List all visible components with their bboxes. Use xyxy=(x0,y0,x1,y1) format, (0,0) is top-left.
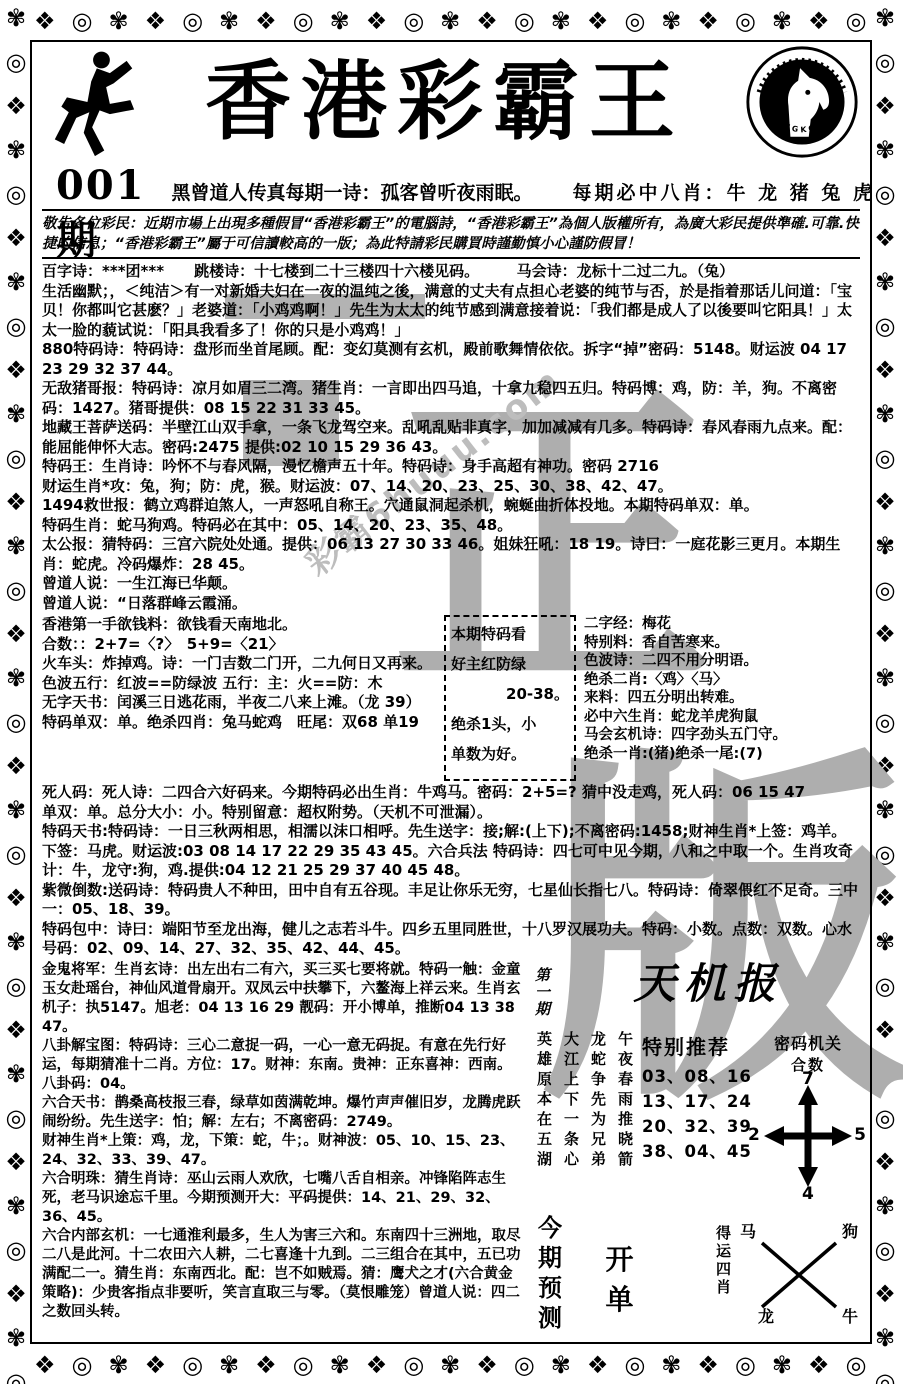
special-code-dashed-box: 本期特码看 好主红防绿 20-38。 绝杀1头，小 单数为好。 xyxy=(444,615,576,781)
forecast-row: 今期 预测 开单 得运四肖 马 xyxy=(526,1213,860,1333)
issue-poem: 黑曾道人传真每期一诗：孤客曾听夜雨眠。 xyxy=(172,178,533,205)
body-line: 880特码诗：特码诗：盘形而坐首尾顾。配：变幻莫测有玄机，殿前歌舞情依依。拆字“… xyxy=(42,340,860,379)
body-line: 二字经：梅花 xyxy=(584,615,860,634)
recommendation-row: 20、32、39 xyxy=(642,1114,754,1139)
x-top-left: 马 xyxy=(740,1219,756,1242)
cross-diagram: 7 2 5 4 xyxy=(756,1077,860,1195)
border-ornaments-bottom: ❖◎✾❖◎✾❖◎✾❖◎✾❖◎✾❖◎✾❖◎✾❖◎✾❖◎✾❖◎✾❖◎✾❖◎✾ xyxy=(34,1348,878,1384)
lottery-sheet-page: ❖◎✾❖◎✾❖◎✾❖◎✾❖◎✾❖◎✾❖◎✾❖◎✾❖◎✾❖◎✾❖◎✾❖◎✾ ❖◎✾… xyxy=(0,0,903,1388)
divider xyxy=(42,257,860,259)
body-line: 六合内部玄机：一七通淮利最多，生人为害三六和。东南四十三洲地，取尽二八是此河。十… xyxy=(42,1227,522,1322)
page-title: 香港彩霸王 xyxy=(146,59,744,145)
body-line: 特码包中：诗曰：端阳节至龙出海，健儿之志若斗牛。四乡五里同胜世，十八罗汉展功夫。… xyxy=(42,920,860,959)
box-line: 本期特码看 xyxy=(451,623,569,644)
bottom-zone: 金鬼将军：生肖玄诗：出左出右二有六，买三买七要将就。特码一触：金童玉女赴瑶台，神… xyxy=(42,961,860,1333)
body-line: 曾道人说：一生江海已华颠。 xyxy=(42,574,860,594)
divider xyxy=(42,209,860,211)
poem-column: 龙蛇争先为兄弟 xyxy=(582,1031,609,1199)
x-diagram: 马 狗 龙 牛 xyxy=(736,1223,860,1323)
body-section-2: 死人码：死人诗：二四合六好码来。今期特码必出生肖：牛鸡马。密码：2+5=? 猜中… xyxy=(42,783,860,959)
x-bottom-left: 龙 xyxy=(758,1304,774,1327)
body-line: 1494救世报：鹤立鸡群迫煞人，一声怒吼自称王。穴通鼠洞起杀机，蜿蜒曲折体投地。… xyxy=(42,496,860,516)
body-line: 色波诗：二四不用分明语。 xyxy=(584,652,860,671)
body-line: 财神生肖*上策：鸡，龙，下策：蛇，牛；。财神波：05、10、15、23、24、3… xyxy=(42,1132,522,1170)
body-line: 特码王：生肖诗：吟怀不与春风隔，漫忆檐声五十年。特码诗：身手高超有神功。密码 2… xyxy=(42,457,860,477)
body-line: 合数：：2+7=〈?〉 5+9=〈21〉 xyxy=(42,635,432,655)
issue-row: 001期 黑曾道人传真每期一诗：孤客曾听夜雨眠。 每期必中八肖：牛 龙 猪 兔 … xyxy=(42,162,860,206)
forecast-line2: 预测 xyxy=(538,1273,583,1333)
body-line: 八卦解宝图：特码诗：三心二意捉一码，一心一意无码捉。有意在先行好运，每期猜准十二… xyxy=(42,1037,522,1094)
body-line: 金鬼将军：生肖玄诗：出左出右二有六，买三买七要将就。特码一触：金童玉女赴瑶台，神… xyxy=(42,961,522,1037)
border-ornaments-left: ✾◎❖✾◎❖✾◎❖✾◎❖✾◎❖✾◎❖✾◎❖✾◎❖✾◎❖✾◎❖✾◎❖✾◎❖✾◎❖✾… xyxy=(1,4,33,1384)
forecast-label: 今期 预测 xyxy=(538,1213,583,1333)
body-line: 绝杀二肖:〈鸡〉〈马〉 xyxy=(584,671,860,690)
body-line: 生活幽默；，＜纯洁＞有一对新婚夫妇在一夜的温纯之後，满意的丈夫有点担心老婆的纯节… xyxy=(42,282,860,341)
lucky-four-zodiac: 得运四肖 马 狗 龙 牛 xyxy=(713,1223,860,1323)
anti-counterfeit-notice: 敬告各位彩民：近期市場上出現多種假冒“香港彩霸王”的電腦詩，“香港彩霸王”為個人… xyxy=(42,214,860,254)
x-top-right: 狗 xyxy=(842,1219,858,1242)
poem-column: 午夜春雨推晓箭 xyxy=(609,1031,636,1199)
body-line: 马会玄机诗：四字劲头五门守。 xyxy=(584,726,860,745)
body-line: 无敌猪哥报：特码诗：凉月如眉三二湾。猪生肖：一言即出四马追，十拿九稳四五归。特码… xyxy=(42,379,860,418)
body-line: 百字诗：***团*** 跳楼诗：十七楼到二十三楼四十六楼见码。 马会诗：龙标十二… xyxy=(42,262,860,282)
box-line: 20-38。 xyxy=(451,683,569,704)
body-line: 特码单双：单。绝杀四肖：兔马蛇鸡 旺尾：双68 单19 xyxy=(42,713,432,733)
horse-logo-icon: HONGKONG xyxy=(744,44,860,160)
body-line: 火车头：炸掉鸡。诗：一门吉数二门开，二九何日又再来。 xyxy=(42,654,432,674)
special-recommendation: 特别推荐 03、08、16 13、17、24 20、32、39 38、04、45 xyxy=(642,1031,754,1199)
eight-zodiac-line: 每期必中八肖：牛 龙 猪 兔 虎 羊 猴 鼠 xyxy=(573,178,872,205)
cross-right-value: 5 xyxy=(854,1125,866,1145)
tianji-header: 第一期 天机报 xyxy=(526,961,860,1027)
bottom-left-column: 金鬼将军：生肖玄诗：出左出右二有六，买三买七要将就。特码一触：金童玉女赴瑶台，神… xyxy=(42,961,526,1333)
body-line: 地藏王菩萨送码：半壁江山双手拿，一条飞龙驾空来。乱吼乱贴非真字，加加减减有几多。… xyxy=(42,418,860,457)
body-line: 色波五行：红波==防绿波 五行：主：火==防：木 xyxy=(42,674,432,694)
recommendation-row: 13、17、24 xyxy=(642,1089,754,1114)
forecast-line1: 今期 xyxy=(538,1213,583,1273)
password-title: 密码机关 xyxy=(756,1031,860,1054)
body-section-1: 百字诗：***团*** 跳楼诗：十七楼到二十三楼四十六楼见码。 马会诗：龙标十二… xyxy=(42,262,860,613)
box-line: 好主红防绿 xyxy=(451,653,569,674)
body-line: 绝杀一肖:(猪)绝杀一尾:(7) xyxy=(584,745,860,764)
body-line: 无字天书：闰溪三日逃花雨，半夜二八来上滩。（龙 39） xyxy=(42,693,432,713)
kungfu-figure-icon xyxy=(42,46,146,158)
lucky-label: 得运四肖 xyxy=(713,1225,734,1321)
body-line: 财运生肖*攻：兔，狗；防：虎，猴。财运波：07、14、20、23、25、30、3… xyxy=(42,477,860,497)
body-line: 太公报：猜特码：三宫六院处处通。提供：06 13 27 30 33 46。姐妹狂… xyxy=(42,535,860,574)
poem-column: 英雄原本在五湖 xyxy=(528,1031,555,1199)
body-line: 六合天书：鹊桑高枝报三春，绿草如茵满乾坤。爆竹声声催旧岁，龙腾虎跃闹纷纷。先生送… xyxy=(42,1094,522,1132)
body-line: 必中六生肖：蛇龙羊虎狗鼠 xyxy=(584,708,860,727)
body-line: 六合明珠：猜生肖诗：巫山云雨人欢欣，七嘴八舌自相亲。冲锋陷阵志生死，老马识途忘千… xyxy=(42,1170,522,1227)
body-line: 曾道人说：“日落群峰云霞涌。 xyxy=(42,594,860,614)
tianji-issue-label: 第一期 xyxy=(532,967,553,1027)
tianji-title: 天机报 xyxy=(557,961,860,1007)
x-bottom-right: 牛 xyxy=(842,1304,858,1327)
cross-bottom-value: 4 xyxy=(802,1184,814,1204)
middle-left-column: 香港第一手欲钱料：欲钱看天南地北。 合数：：2+7=〈?〉 5+9=〈21〉 火… xyxy=(42,615,436,781)
body-line: 单双：单。总分大小：小。特别留意：超权附势。（天机不可泄漏）。 xyxy=(42,803,860,823)
tianji-report: 第一期 天机报 英雄原本在五湖 大江上下一条心 龙蛇争先为兄弟 午夜春雨推晓箭 … xyxy=(526,961,860,1333)
body-line: 来料：四五分明出转难。 xyxy=(584,689,860,708)
tianji-columns: 英雄原本在五湖 大江上下一条心 龙蛇争先为兄弟 午夜春雨推晓箭 特别推荐 03、… xyxy=(526,1031,860,1199)
box-line: 单数为好。 xyxy=(451,743,569,764)
border-ornaments-right: ✾◎❖✾◎❖✾◎❖✾◎❖✾◎❖✾◎❖✾◎❖✾◎❖✾◎❖✾◎❖✾◎❖✾◎❖✾◎❖✾… xyxy=(870,4,902,1384)
body-line: 特码生肖：蛇马狗鸡。特码必在其中：05、14、20、23、35、48。 xyxy=(42,516,860,536)
forecast-result: 开单 xyxy=(605,1238,685,1318)
body-line: 特别料：香自苦寒来。 xyxy=(584,634,860,653)
border-ornaments-top: ❖◎✾❖◎✾❖◎✾❖◎✾❖◎✾❖◎✾❖◎✾❖◎✾❖◎✾❖◎✾❖◎✾❖◎✾ xyxy=(34,4,878,40)
box-line: 绝杀1头，小 xyxy=(451,713,569,734)
body-line: 紫微倒数:送码诗：特码贵人不种田，田中自有五谷现。丰足让你乐无穷，七星仙长指七八… xyxy=(42,881,860,920)
poem-column: 大江上下一条心 xyxy=(555,1031,582,1199)
cross-top-value: 7 xyxy=(802,1069,814,1089)
body-line: 特码天书:特码诗：一日三秋两相思，相濡以沫口相呼。先生送字：接;解:(上下);不… xyxy=(42,822,860,881)
cross-left-value: 2 xyxy=(748,1125,760,1145)
password-mechanism: 密码机关 合数 xyxy=(756,1031,860,1199)
tianji-poem: 英雄原本在五湖 大江上下一条心 龙蛇争先为兄弟 午夜春雨推晓箭 xyxy=(528,1031,636,1199)
recommendation-row: 38、04、45 xyxy=(642,1139,754,1164)
recommendation-title: 特别推荐 xyxy=(642,1031,754,1060)
content-frame: 香港彩霸王 HONGKONG xyxy=(30,40,872,1344)
middle-zone: 香港第一手欲钱料：欲钱看天南地北。 合数：：2+7=〈?〉 5+9=〈21〉 火… xyxy=(42,615,860,781)
masthead: 香港彩霸王 HONGKONG xyxy=(42,44,860,160)
middle-right-column: 二字经：梅花 特别料：香自苦寒来。 色波诗：二四不用分明语。 绝杀二肖:〈鸡〉〈… xyxy=(584,615,860,781)
body-line: 香港第一手欲钱料：欲钱看天南地北。 xyxy=(42,615,432,635)
body-line: 死人码：死人诗：二四合六好码来。今期特码必出生肖：牛鸡马。密码：2+5=? 猜中… xyxy=(42,783,860,803)
recommendation-row: 03、08、16 xyxy=(642,1064,754,1089)
